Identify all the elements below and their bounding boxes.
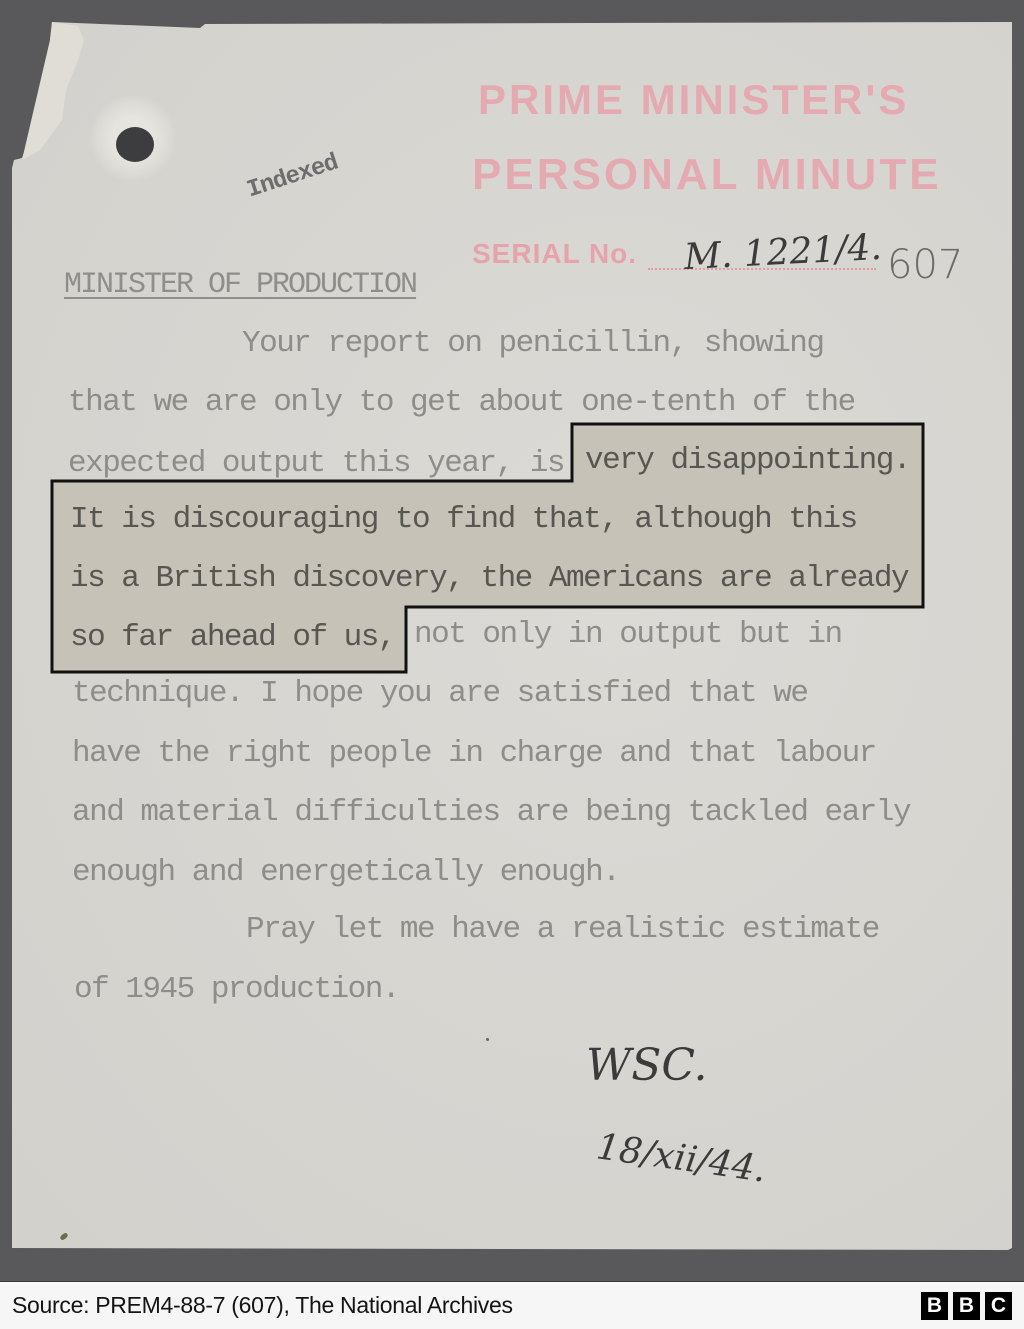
caption-bar: Source: PREM4-88-7 (607), The National A… — [0, 1281, 1024, 1329]
highlighted-line-1: very disappointing. — [585, 443, 910, 478]
addressee-heading: MINISTER OF PRODUCTION — [64, 268, 416, 302]
signature-initials: WSC. — [586, 1040, 707, 1091]
body-line-8: enough and energetically enough. — [72, 855, 619, 890]
body-line-5: technique. I hope you are satisfied that… — [72, 676, 807, 711]
stamp-serial-label: SERIAL No. — [472, 238, 637, 270]
body-line-7: and material difficulties are being tack… — [72, 795, 910, 830]
archive-scan: PRIME MINISTER'S PERSONAL MINUTE SERIAL … — [0, 0, 1024, 1281]
body-line-6: have the right people in charge and that… — [72, 736, 876, 771]
highlighted-line-4: so far ahead of us, — [70, 620, 395, 655]
source-credit: Source: PREM4-88-7 (607), The National A… — [12, 1292, 513, 1319]
punch-hole — [116, 127, 154, 162]
stamp-personal-minute: PERSONAL MINUTE — [472, 150, 942, 200]
stamp-prime-ministers: PRIME MINISTER'S — [478, 76, 909, 124]
bbc-logo-block: B — [953, 1292, 980, 1320]
bbc-logo-block: B — [921, 1292, 948, 1320]
body-line-4: not only in output but in — [414, 617, 842, 652]
body-line-9: Pray let me have a realistic estimate — [246, 912, 879, 947]
paper-speck — [486, 1038, 489, 1041]
body-line-1: Your report on penicillin, showing — [242, 326, 824, 361]
highlighted-line-3: is a British discovery, the Americans ar… — [70, 561, 908, 596]
body-line-3: expected output this year, is — [68, 446, 564, 481]
bbc-logo-block: C — [985, 1292, 1012, 1320]
highlighted-line-2: It is discouraging to find that, althoug… — [70, 502, 857, 537]
body-line-2: that we are only to get about one-tenth … — [68, 385, 855, 420]
body-line-10: of 1945 production. — [74, 972, 399, 1007]
folio-number-handwritten: 607 — [887, 242, 963, 288]
bbc-logo: B B C — [921, 1292, 1012, 1320]
